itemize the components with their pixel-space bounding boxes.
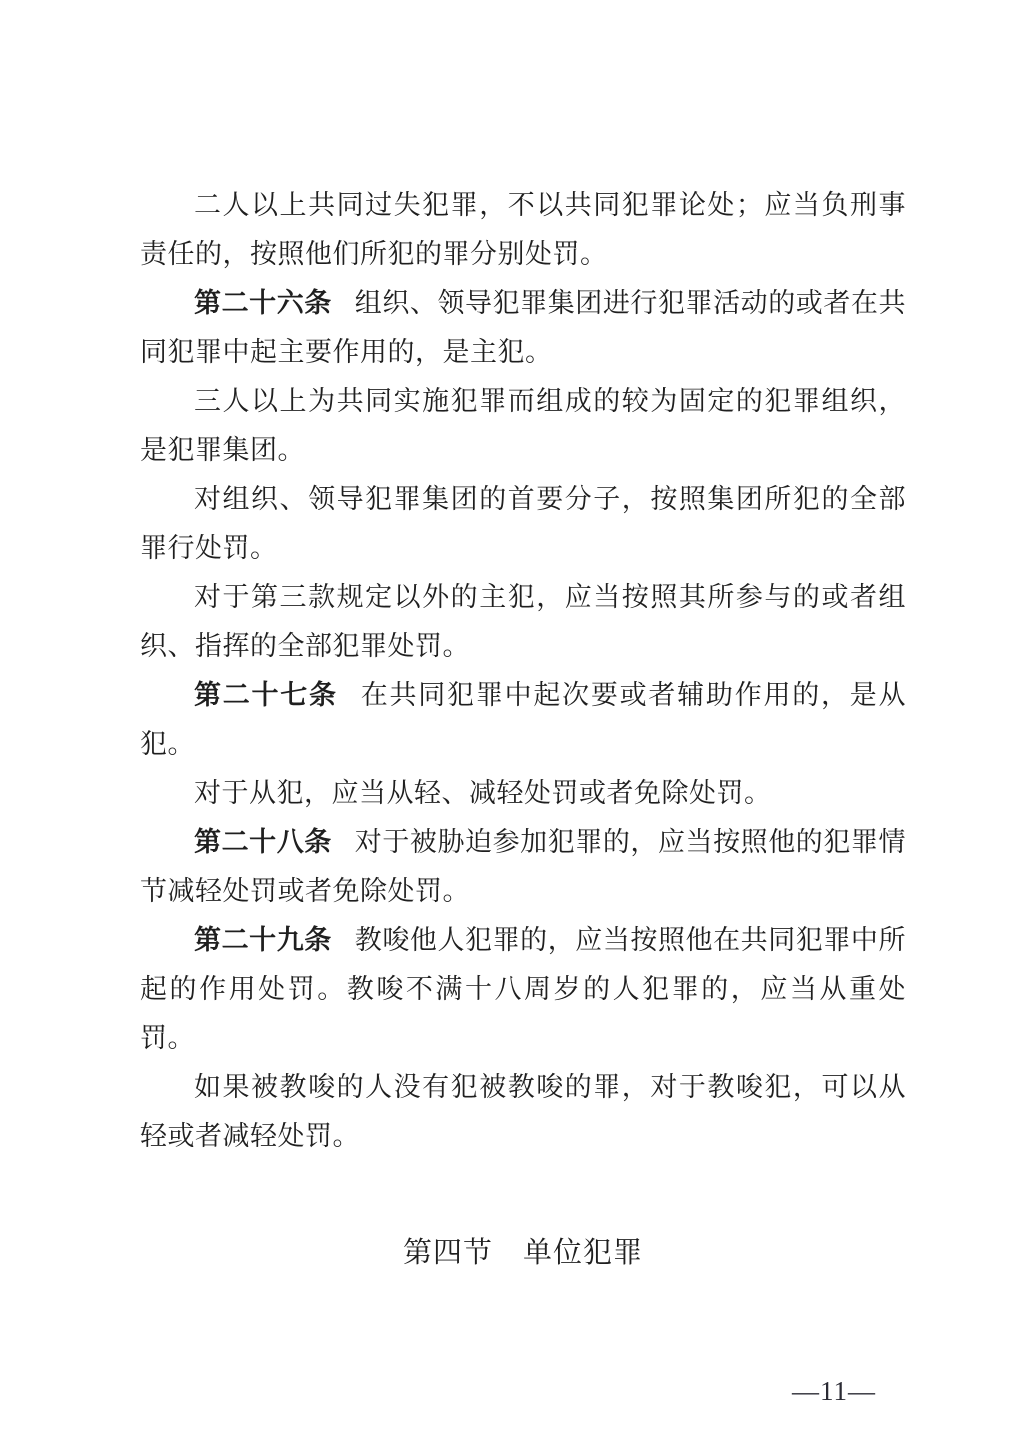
- article-number: 第二十六条: [194, 288, 332, 318]
- paragraph-article-28: 第二十八条对于被胁迫参加犯罪的，应当按照他的犯罪情节减轻处罚或者免除处罚。: [140, 818, 906, 916]
- paragraph: 对于第三款规定以外的主犯，应当按照其所参与的或者组织、指挥的全部犯罪处罚。: [140, 573, 906, 671]
- paragraph-text: 二人以上共同过失犯罪，不以共同犯罪论处；应当负刑事责任的，按照他们所犯的罪分别处…: [140, 190, 906, 269]
- paragraph: 三人以上为共同实施犯罪而组成的较为固定的犯罪组织，是犯罪集团。: [140, 377, 906, 475]
- paragraph: 对于从犯，应当从轻、减轻处罚或者免除处罚。: [140, 769, 906, 818]
- paragraph-article-29: 第二十九条教唆他人犯罪的，应当按照他在共同犯罪中所起的作用处罚。教唆不满十八周岁…: [140, 916, 906, 1063]
- document-page: 二人以上共同过失犯罪，不以共同犯罪论处；应当负刑事责任的，按照他们所犯的罪分别处…: [0, 0, 1024, 1448]
- article-number: 第二十八条: [194, 827, 332, 857]
- paragraph-article-26: 第二十六条组织、领导犯罪集团进行犯罪活动的或者在共同犯罪中起主要作用的，是主犯。: [140, 279, 906, 377]
- section-heading: 第四节 单位犯罪: [140, 1229, 906, 1278]
- paragraph-text: 对组织、领导犯罪集团的首要分子，按照集团所犯的全部罪行处罚。: [140, 484, 906, 563]
- paragraph-text: 对于从犯，应当从轻、减轻处罚或者免除处罚。: [194, 778, 772, 808]
- paragraph-text: 如果被教唆的人没有犯被教唆的罪，对于教唆犯，可以从轻或者减轻处罚。: [140, 1072, 906, 1151]
- page-number: —11—: [792, 1376, 876, 1407]
- paragraph-text: 对于第三款规定以外的主犯，应当按照其所参与的或者组织、指挥的全部犯罪处罚。: [140, 582, 906, 661]
- paragraph-text: 三人以上为共同实施犯罪而组成的较为固定的犯罪组织，是犯罪集团。: [140, 386, 906, 465]
- article-number: 第二十七条: [194, 680, 338, 710]
- paragraph-article-27: 第二十七条在共同犯罪中起次要或者辅助作用的，是从犯。: [140, 671, 906, 769]
- paragraph: 二人以上共同过失犯罪，不以共同犯罪论处；应当负刑事责任的，按照他们所犯的罪分别处…: [140, 181, 906, 279]
- document-body: 二人以上共同过失犯罪，不以共同犯罪论处；应当负刑事责任的，按照他们所犯的罪分别处…: [140, 181, 906, 1278]
- article-number: 第二十九条: [194, 925, 332, 955]
- paragraph: 如果被教唆的人没有犯被教唆的罪，对于教唆犯，可以从轻或者减轻处罚。: [140, 1063, 906, 1161]
- paragraph: 对组织、领导犯罪集团的首要分子，按照集团所犯的全部罪行处罚。: [140, 475, 906, 573]
